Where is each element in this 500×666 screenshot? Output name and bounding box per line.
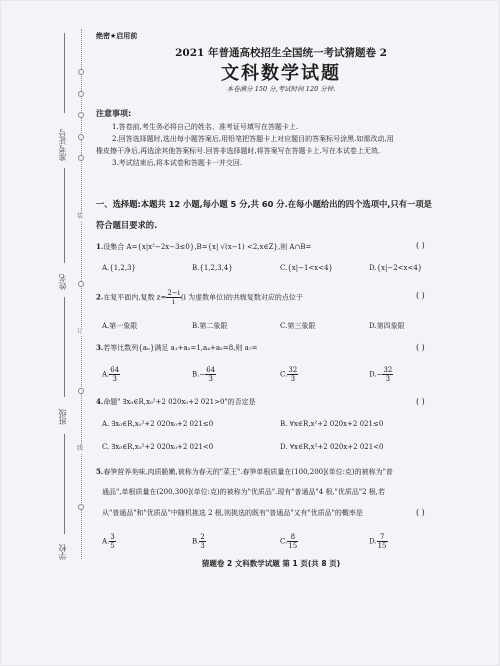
option-c: C.第三象限	[280, 321, 315, 331]
answer-blank: ( )	[416, 241, 425, 250]
option-a: A.35	[102, 533, 116, 550]
question-stem-cont: 从"普通品"和"优质品"中随机挑选 2 根,则挑选的既有"普通品"又有"优质品"…	[102, 509, 363, 518]
option-d: D.{x|−2<x<4}	[369, 264, 422, 272]
question-4: 4.命题" ∃x₀∈R,x₀²+2 020x₀+2 021>0"的否定是	[96, 397, 256, 407]
question-3: 3.若等比数列{aₙ}满足 a₁+a₂=1,a₄+a₅=8,则 a₇=	[96, 343, 257, 353]
field-underline	[64, 168, 65, 263]
note-item: 2.回答选择题时,选出每小题答案后,用铅笔把答题卡上对应题目的答案标号涂黑.如需…	[112, 135, 394, 144]
field-underline	[64, 297, 65, 397]
answer-blank: ( )	[416, 397, 425, 406]
notes-title: 注意事项:	[96, 108, 131, 119]
answer-blank: ( )	[416, 343, 425, 352]
option-d: D. ∀x∈R,x²+2 020x+2 021<0	[280, 443, 384, 451]
binding-hole-icon	[78, 134, 84, 140]
field-label-name: 姓名	[57, 266, 71, 290]
binding-dotted-line	[81, 29, 82, 559]
option-d: D.第四象限	[369, 321, 405, 331]
subject-title: 文科数学试题	[1, 59, 500, 85]
field-label-exam-number: 准考证号	[57, 116, 71, 161]
option-b: B.第二象限	[192, 321, 227, 331]
exam-page: 装 订 线 准考证号 姓名 班级 学校 绝密★启用前 2021 年普通高校招生全…	[0, 0, 500, 666]
binding-hole-icon	[78, 281, 84, 287]
option-a: A.643	[102, 366, 120, 383]
field-label-class: 班级	[57, 401, 71, 425]
binding-hole-icon	[78, 155, 84, 161]
binding-mark-zhuang: 装	[77, 213, 83, 221]
note-item: 3.考试结束后,将本试卷和答题卡一并交回.	[112, 159, 242, 168]
option-c: C. ∃x₀∈R,x₀²+2 020x₀+2 021<0	[102, 443, 213, 451]
option-c: C.323	[280, 366, 298, 383]
question-2: 2.在复平面内,复数 z=2−ii(i 为虚数单位)的共轭复数对应的点位于	[96, 289, 303, 306]
question-stem-cont: 通品",单根质量在(200,300](单位:克)的被称为"优质品".现有"普通品…	[102, 488, 385, 497]
option-b: B.23	[192, 533, 206, 550]
question-stem: 设集合 A={x|x²−2x−3≤0},B={x| √(x−1) <2,x∈Z}…	[103, 243, 311, 251]
score-time-note: 本卷满分 150 分,考试时间 120 分钟.	[1, 84, 500, 93]
option-d: D.715	[369, 533, 388, 550]
option-a: A.{1,2,3}	[102, 264, 136, 272]
answer-blank: ( )	[416, 291, 425, 300]
option-b: B.{1,2,3,4}	[192, 264, 233, 272]
fraction: 2−ii	[166, 289, 181, 306]
note-item: 橡皮擦干净后,再选涂其他答案标号.回答非选择题时,将答案写在答题卡上.写在本试卷…	[96, 147, 380, 156]
option-a: A. ∃x₀∈R,x₀²+2 020x₀+2 021≤0	[102, 420, 213, 428]
option-d: D.−323	[369, 366, 393, 383]
question-stem: 命题" ∃x₀∈R,x₀²+2 020x₀+2 021>0"的否定是	[103, 398, 255, 406]
option-b: B. ∀x∈R,x²+2 020x+2 021≤0	[280, 420, 383, 428]
section-heading-cont: 符合题目要求的.	[96, 219, 157, 231]
secret-mark: 绝密★启用前	[96, 31, 137, 41]
note-item: 1.答卷前,考生务必将自己的姓名、准考证号填写在答题卡上.	[112, 123, 298, 132]
question-1: 1.设集合 A={x|x²−2x−3≤0},B={x| √(x−1) <2,x∈…	[96, 242, 311, 252]
option-b: B.−643	[192, 366, 216, 383]
question-stem: 春笋营养美味,肉质脆嫩,被称为春天的"菜王".春笋单根质量在(100,200](…	[103, 468, 393, 476]
option-a: A.第一象限	[102, 321, 137, 331]
option-c: C.{x|−1<x<4}	[280, 264, 333, 272]
question-stem: 在复平面内,复数 z=	[103, 294, 166, 302]
binding-mark-ding: 订	[77, 328, 83, 336]
binding-hole-icon	[78, 112, 84, 118]
answer-blank: ( )	[416, 508, 425, 517]
section-heading: 一、选择题:本题共 12 小题,每小题 5 分,共 60 分.在每小题给出的四个…	[96, 198, 432, 210]
field-underline	[64, 434, 65, 534]
question-stem: 若等比数列{aₙ}满足 a₁+a₂=1,a₄+a₅=8,则 a₇=	[103, 344, 257, 352]
field-label-school: 学校	[57, 536, 71, 560]
binding-mark-xian: 线	[77, 445, 83, 453]
exam-title: 2021 年普通高校招生全国统一考试猜题卷 2	[1, 45, 500, 60]
binding-hole-icon	[78, 504, 84, 510]
page-footer: 猜题卷 2 文科数学试题 第 1 页(共 8 页)	[1, 558, 500, 569]
binding-hole-icon	[78, 388, 84, 394]
question-stem-cont: (i 为虚数单位)的共轭复数对应的点位于	[181, 294, 303, 302]
question-5: 5.春笋营养美味,肉质脆嫩,被称为春天的"菜王".春笋单根质量在(100,200…	[96, 467, 393, 477]
option-c: C.815	[280, 533, 298, 550]
